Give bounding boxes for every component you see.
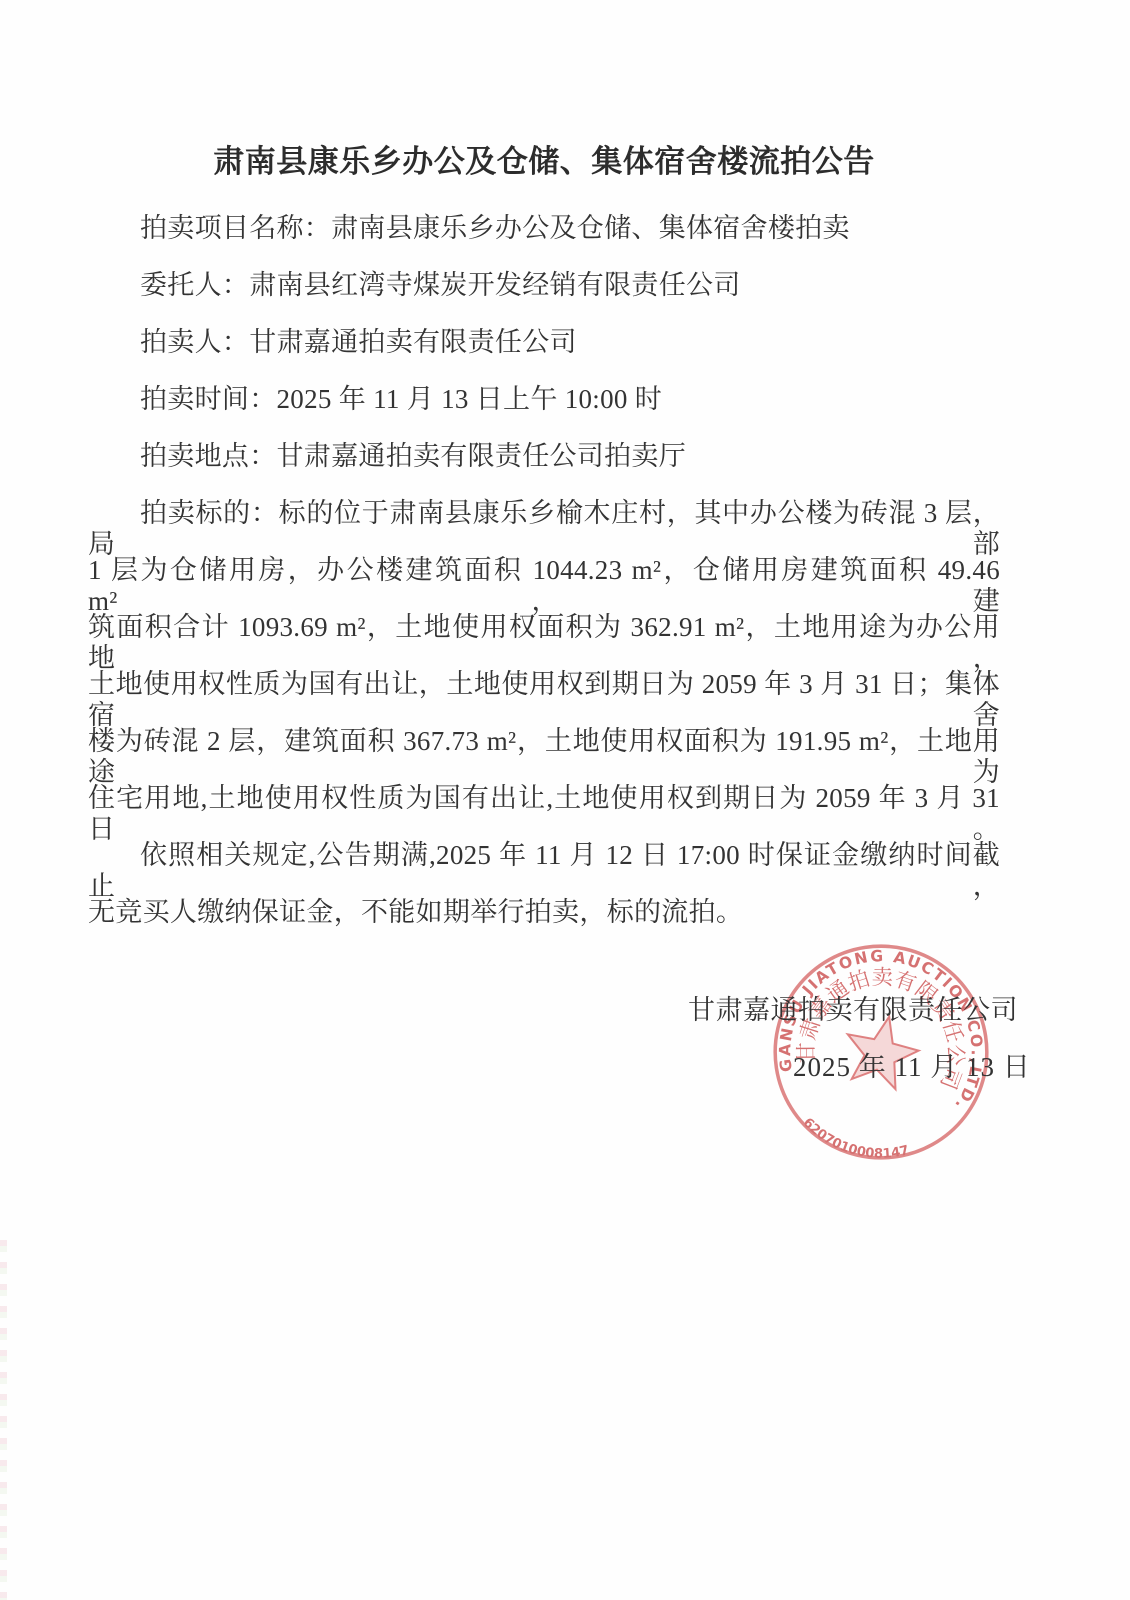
doc-line-auctioneer: 拍卖人：甘肃嘉通拍卖有限责任公司 xyxy=(88,327,1000,358)
document-title: 肃南县康乐乡办公及仓储、集体宿舍楼流拍公告 xyxy=(88,144,1000,180)
doc-line-notice-1: 依照相关规定,公告期满,2025 年 11 月 12 日 17:00 时保证金缴… xyxy=(88,840,1000,902)
signature-date: 2025 年 11 月 13 日 xyxy=(793,1052,1031,1083)
doc-line-subject-2: 1 层为仓储用房，办公楼建筑面积 1044.23 m²，仓储用房建筑面积 49.… xyxy=(88,555,1000,617)
scan-edge-artifact xyxy=(0,1240,7,1600)
doc-line-subject-3: 筑面积合计 1093.69 m²，土地使用权面积为 362.91 m²，土地用途… xyxy=(88,612,1000,674)
doc-line-consignor: 委托人：肃南县红湾寺煤炭开发经销有限责任公司 xyxy=(88,270,1000,301)
doc-line-auction-time: 拍卖时间：2025 年 11 月 13 日上午 10:00 时 xyxy=(88,384,1000,415)
doc-line-subject-4: 土地使用权性质为国有出让，土地使用权到期日为 2059 年 3 月 31 日；集… xyxy=(88,669,1000,731)
doc-line-subject-6: 住宅用地,土地使用权性质为国有出让,土地使用权到期日为 2059 年 3 月 3… xyxy=(88,783,1000,845)
document-page: 肃南县康乐乡办公及仓储、集体宿舍楼流拍公告 拍卖项目名称：肃南县康乐乡办公及仓储… xyxy=(0,0,1130,1600)
doc-line-subject-5: 楼为砖混 2 层，建筑面积 367.73 m²，土地使用权面积为 191.95 … xyxy=(88,726,1000,788)
seal-number-text: 6207010008147 xyxy=(795,1114,916,1172)
signature-company: 甘肃嘉通拍卖有限责任公司 xyxy=(688,995,1018,1026)
doc-line-project-name: 拍卖项目名称：肃南县康乐乡办公及仓储、集体宿舍楼拍卖 xyxy=(88,213,1000,244)
doc-line-subject-1: 拍卖标的：标的位于肃南县康乐乡榆木庄村，其中办公楼为砖混 3 层，局部 xyxy=(88,498,1000,560)
doc-line-auction-place: 拍卖地点：甘肃嘉通拍卖有限责任公司拍卖厅 xyxy=(88,441,1000,472)
